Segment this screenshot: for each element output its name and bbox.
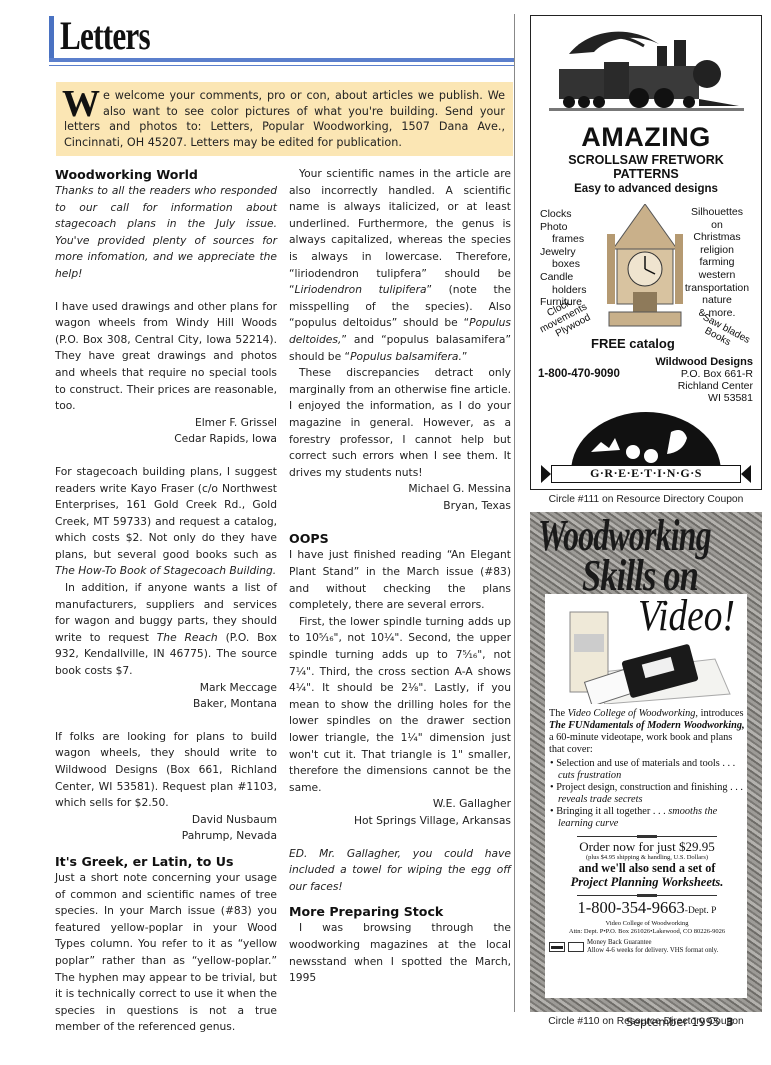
- letter-body: First, the lower spindle turning adds up…: [289, 614, 511, 797]
- section-heading-more-stock: More Preparing Stock: [289, 903, 511, 920]
- fretwork-clock-icon: [605, 204, 685, 334]
- letter-author: Elmer F. Grissel: [55, 415, 277, 432]
- feature-item: • Bringing it all together . . . smooths…: [549, 806, 745, 830]
- ad-woodworking-video[interactable]: Woodworking Skills on Video! The Video C…: [530, 512, 762, 1012]
- section-heading-oops: OOPS: [289, 530, 511, 547]
- feature-item: • Selection and use of materials and too…: [549, 758, 745, 782]
- feature-item: • Project design, construction and finis…: [549, 782, 745, 806]
- order-price: Order now for just $29.95: [549, 840, 745, 854]
- order-phone: 1-800-354-9663-Dept. P: [549, 899, 745, 920]
- bonus-item: Project Planning Worksheets.: [549, 875, 745, 889]
- letter-body: For stagecoach building plans, I suggest…: [55, 464, 277, 580]
- letter-author: W.E. Gallagher: [289, 796, 511, 813]
- letter-body: In addition, if anyone wants a list of m…: [55, 580, 277, 680]
- letter-location: Pahrump, Nevada: [55, 828, 277, 845]
- product-list-right: Silhouettes on Christmas religion farmin…: [679, 206, 755, 319]
- letter-body: Your scientific names in the article are…: [289, 166, 511, 365]
- holly-goose-icon: [561, 412, 731, 472]
- page-footer: September 19953: [626, 1016, 734, 1029]
- greetings-banner: G·R·E·E·T·I·N·G·S: [541, 464, 751, 484]
- page-number: 3: [726, 1016, 734, 1029]
- visa-card-icon: [549, 942, 565, 952]
- order-address: Attn: Dept. P•P.O. Box 261026•Lakewood, …: [549, 928, 745, 936]
- page-header: Letters: [47, 14, 514, 62]
- intro-box: We welcome your comments, pro or con, ab…: [56, 82, 513, 156]
- letters-column-2: Your scientific names in the article are…: [289, 166, 511, 987]
- header-accent-bar: [49, 16, 54, 62]
- ad-scrollsaw-patterns[interactable]: AMAZING SCROLLSAW FRETWORK PATTERNS Easy…: [530, 15, 762, 490]
- guarantee-row: Money Back Guarantee Allow 4-6 weeks for…: [549, 939, 745, 955]
- intro-text: e welcome your comments, pro or con, abo…: [64, 89, 505, 149]
- ornament-divider: [577, 836, 717, 837]
- letter-body: I have just finished reading “An Elegant…: [289, 547, 511, 613]
- letter-location: Baker, Montana: [55, 696, 277, 713]
- ad-tagline: Easy to advanced designs: [531, 182, 761, 196]
- ad-subheadline: PATTERNS: [531, 167, 761, 181]
- ad-body-text: The Video College of Woodworking, introd…: [549, 708, 745, 955]
- ornament-divider: [577, 895, 717, 896]
- mastercard-icon: [568, 942, 584, 952]
- free-catalog-label: FREE catalog: [591, 336, 675, 351]
- letter-author: Michael G. Messina: [289, 481, 511, 498]
- header-thin-rule: [49, 65, 514, 66]
- page-title: Letters: [60, 12, 150, 59]
- letter-author: Mark Meccage: [55, 680, 277, 697]
- drop-cap: W: [62, 90, 100, 118]
- letters-column-1: Woodworking World Thanks to all the read…: [55, 166, 277, 1036]
- letter-location: Cedar Rapids, Iowa: [55, 431, 277, 448]
- editor-reply: ED. Mr. Gallagher, you could have includ…: [289, 846, 511, 896]
- locomotive-icon: [549, 24, 744, 114]
- letter-body: Just a short note concerning your usage …: [55, 870, 277, 1036]
- feature-list: • Selection and use of materials and too…: [549, 758, 745, 830]
- order-address: Video College of Woodworking: [549, 920, 745, 928]
- letter-body: I have used drawings and other plans for…: [55, 299, 277, 415]
- ad-headline: AMAZING: [531, 122, 761, 153]
- book-title: The How-To Book of Stagecoach Building.: [55, 564, 276, 577]
- ad-caption-111: Circle #111 on Resource Directory Coupon: [527, 494, 765, 505]
- editor-note: Thanks to all the readers who responded …: [55, 183, 277, 283]
- ad-subheadline: SCROLLSAW FRETWORK: [531, 153, 761, 167]
- column-divider: [514, 14, 515, 1012]
- bonus-offer: and we'll also send a set of: [549, 862, 745, 875]
- letter-location: Bryan, Texas: [289, 498, 511, 515]
- videotape-package-icon: [555, 604, 735, 704]
- letter-author: David Nusbaum: [55, 812, 277, 829]
- section-heading-woodworking-world: Woodworking World: [55, 166, 277, 183]
- letter-location: Hot Springs Village, Arkansas: [289, 813, 511, 830]
- ad-address: Wildwood Designs P.O. Box 661-R Richland…: [655, 356, 753, 404]
- issue-date: September 1995: [626, 1016, 720, 1029]
- letter-body: If folks are looking for plans to build …: [55, 729, 277, 812]
- book-title: The Reach: [157, 631, 218, 644]
- letter-body: These discrepancies detract only margina…: [289, 365, 511, 481]
- section-heading-greek-latin: It's Greek, er Latin, to Us: [55, 853, 277, 870]
- ad-phone: 1-800-470-9090: [538, 368, 620, 380]
- scientific-name: Populus balsamifera.: [350, 350, 462, 363]
- scientific-name: Liriodendron tulipifera: [295, 283, 427, 296]
- header-rule: [49, 58, 514, 62]
- letter-body: I was browsing through the woodworking m…: [289, 920, 511, 986]
